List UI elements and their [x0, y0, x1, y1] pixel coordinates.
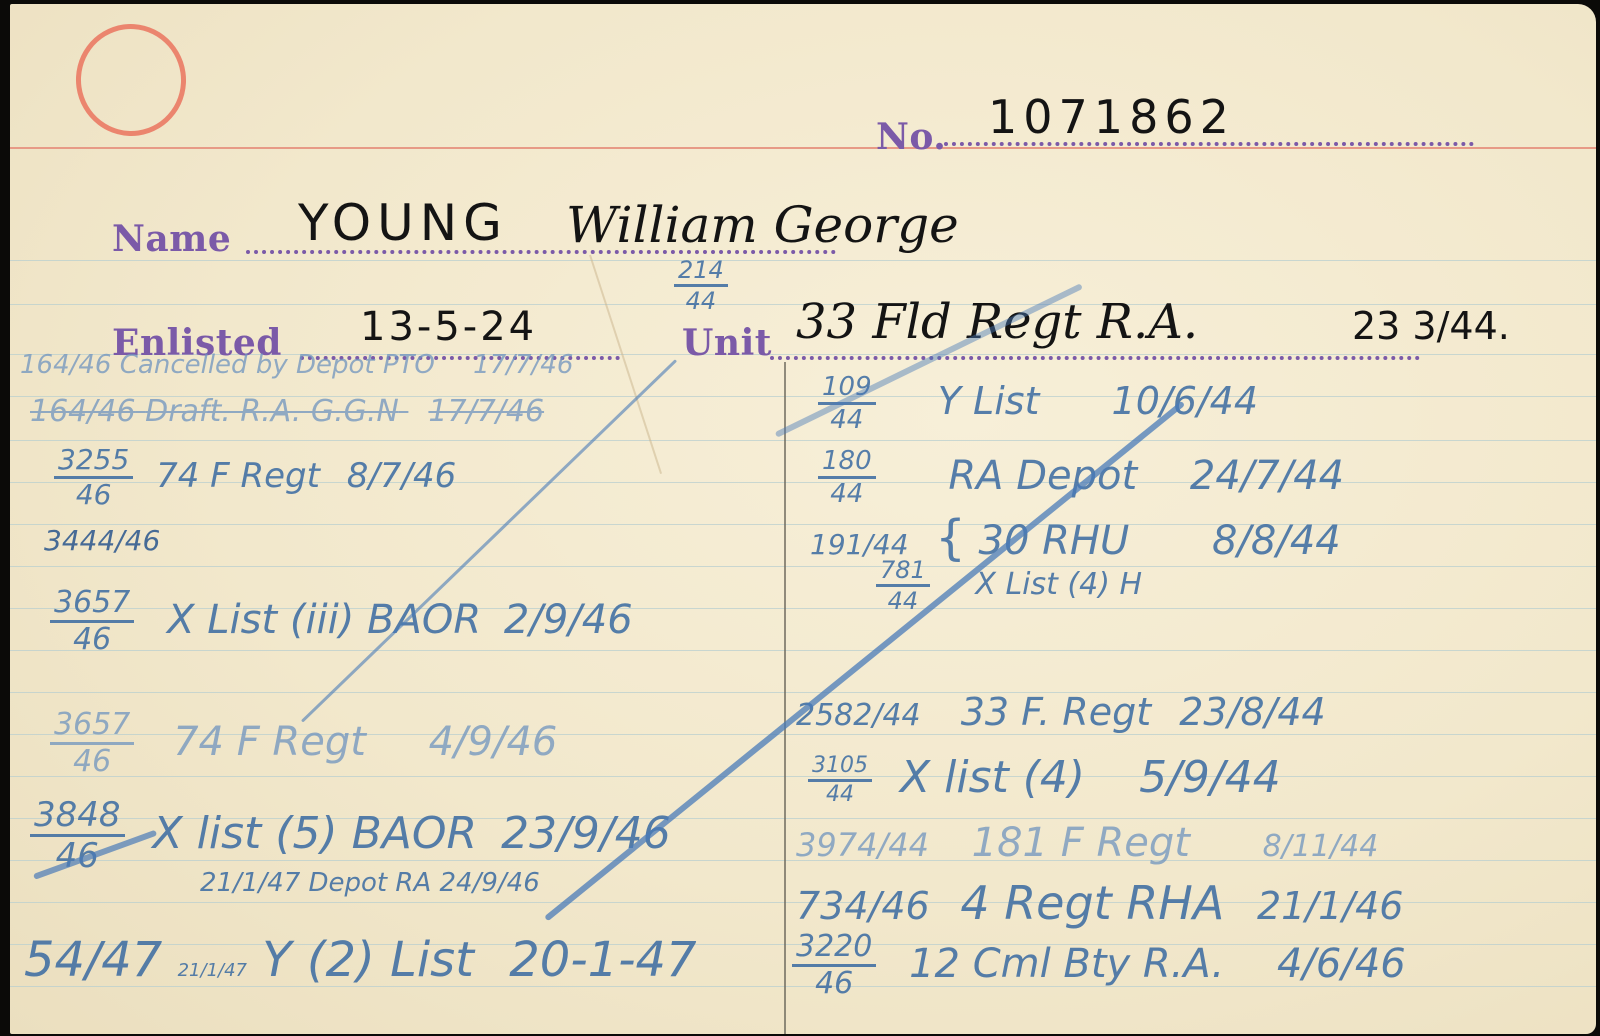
- unit-ref: 21444: [674, 258, 728, 313]
- unit-dotted-line: [770, 356, 1420, 360]
- ruled-line: [10, 566, 1596, 567]
- paper-crease: [589, 255, 662, 474]
- entry-right-4: 2582/44 33 F. Regt 23/8/44: [796, 690, 1326, 734]
- red-header-rule: [10, 147, 1596, 149]
- entry-left-6: 384846 X list (5) BAOR 23/9/46: [30, 798, 671, 873]
- name-given: William George: [566, 196, 959, 254]
- record-card: No. 1071862 Name YOUNG William George En…: [10, 4, 1596, 1034]
- entry-right-7: 734/46 4 Regt RHA 21/1/46: [796, 876, 1403, 930]
- entry-left-3: 3444/46: [44, 524, 160, 557]
- unit-date: 23 3/44.: [1352, 304, 1510, 348]
- unit-value: 33 Fld Regt R.A.: [796, 294, 1198, 350]
- entry-left-7: 21/1/47 Depot RA 24/9/46: [200, 868, 540, 898]
- ruled-line: [10, 260, 1596, 261]
- name-surname: YOUNG: [298, 194, 508, 252]
- name-label: Name: [112, 218, 231, 260]
- ruled-line: [10, 440, 1596, 441]
- number-label: No.: [876, 116, 946, 158]
- unit-label: Unit: [682, 322, 772, 364]
- entry-left-4: 365746 X List (iii) BAOR 2/9/46: [50, 588, 633, 655]
- entry-left-8: 54/47 21/1/47 Y (2) List 20-1-47: [24, 932, 697, 988]
- enlisted-date: 13-5-24: [360, 304, 537, 350]
- entry-right-5: 310544 X list (4) 5/9/44: [808, 752, 1281, 806]
- service-number: 1071862: [988, 90, 1235, 144]
- entry-left-2: 325546 74 F Regt 8/7/46: [54, 446, 456, 509]
- entry-right-3: 78144 X List (4) H: [876, 558, 1142, 613]
- ruled-line: [10, 524, 1596, 525]
- entry-right-1: 18044 RA Depot 24/7/44: [818, 448, 1344, 507]
- entry-left-0: 164/46 Cancelled by Depot PTO 17/7/46: [20, 350, 573, 380]
- entry-right-8: 322046 12 Cml Bty R.A. 4/6/46: [792, 932, 1406, 999]
- entry-left-1: 164/46 Draft. R.A. G.G.N 17/7/46: [30, 394, 544, 429]
- entry-right-6: 3974/44 181 F Regt 8/11/44: [796, 820, 1378, 866]
- column-divider: [784, 362, 786, 1034]
- red-circle-mark: [69, 17, 194, 143]
